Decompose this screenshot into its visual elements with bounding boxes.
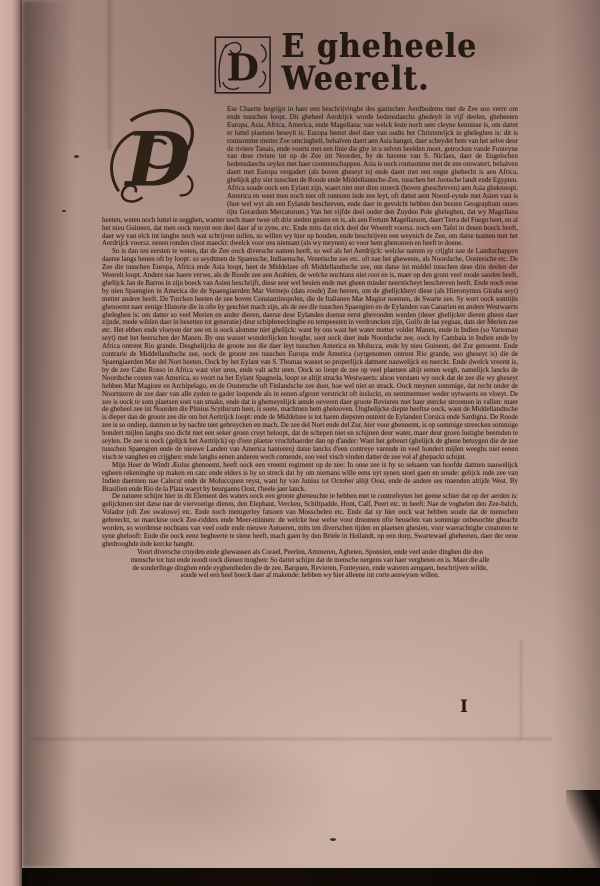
ink-speck	[330, 838, 336, 841]
paragraph-3: Mijn Heer de Windt Æolus ghenoemt, heeft…	[102, 462, 518, 494]
paper-stain	[62, 730, 342, 860]
calligraphic-drop-cap: D	[102, 107, 220, 207]
paragraph-5: Voort diversche cruyden ende ghewassen a…	[102, 549, 518, 581]
paragraph-2: So is dan ten eersten te weten, dat de Z…	[102, 248, 518, 461]
title-initial-letter: D	[226, 45, 259, 89]
page-header: D E gheheele Weerelt.	[214, 32, 600, 98]
woodcut-initial-icon: D	[214, 32, 271, 98]
corner-shadow	[566, 790, 600, 868]
page-edge-shadow	[552, 0, 600, 868]
drop-cap-letter: D	[124, 115, 191, 203]
body-text: D Ese Chaerte begrijpt in haer een besch…	[102, 106, 518, 580]
impression-edge	[520, 640, 522, 740]
paragraph-4: De natuere schijnt hier in dit Element d…	[102, 493, 518, 548]
book-page: D E gheheele Weerelt. D Ese Chaerte begr…	[22, 0, 600, 868]
ink-speck	[74, 155, 79, 158]
tabletop-background	[28, 868, 600, 886]
ink-speck	[62, 210, 66, 212]
book-photo: D E gheheele Weerelt. D Ese Chaerte begr…	[0, 0, 600, 886]
facing-page-edge	[0, 0, 22, 886]
paragraph-1: D Ese Chaerte begrijpt in haer een besch…	[102, 106, 518, 248]
impression-edge	[32, 738, 552, 740]
page-title: E gheheele Weerelt.	[281, 31, 600, 96]
page-number: I	[460, 697, 468, 717]
